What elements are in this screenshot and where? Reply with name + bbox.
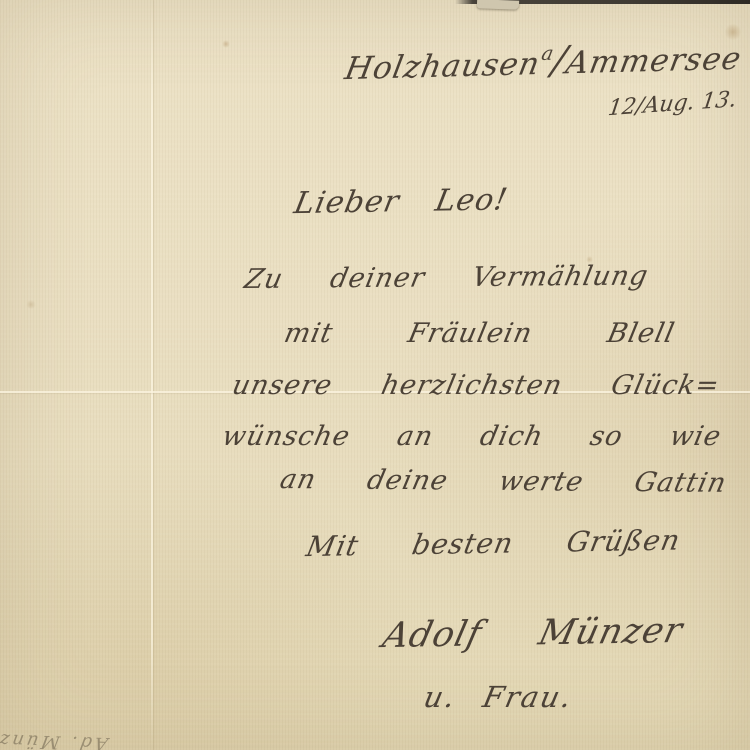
corner-pencil-inscription: Ad. Münzer xyxy=(0,728,110,750)
place-region: Ammersee xyxy=(563,41,745,82)
body-line: mit Fräulein Blell xyxy=(281,318,677,349)
closing-line: Mit besten Grüßen xyxy=(304,523,684,563)
salutation-line: Lieber Leo! xyxy=(291,182,511,221)
signature-addendum: u. Frau. xyxy=(421,680,577,714)
body-line: wünsche an dich so wie xyxy=(219,421,724,452)
torn-paper-tab xyxy=(477,0,519,10)
body-line: Zu deiner Vermählung xyxy=(242,260,651,295)
body-line: an deine werte Gattin xyxy=(277,464,730,499)
vertical-fold-crease xyxy=(151,0,153,750)
scanned-letter: Holzhausena/Ammersee 12/Aug. 13. Lieber … xyxy=(0,0,750,750)
signature-name: Adolf Münzer xyxy=(379,611,687,656)
body-line: unsere herzlichsten Glück= xyxy=(229,370,722,401)
place-main: Holzhausen xyxy=(342,46,543,87)
